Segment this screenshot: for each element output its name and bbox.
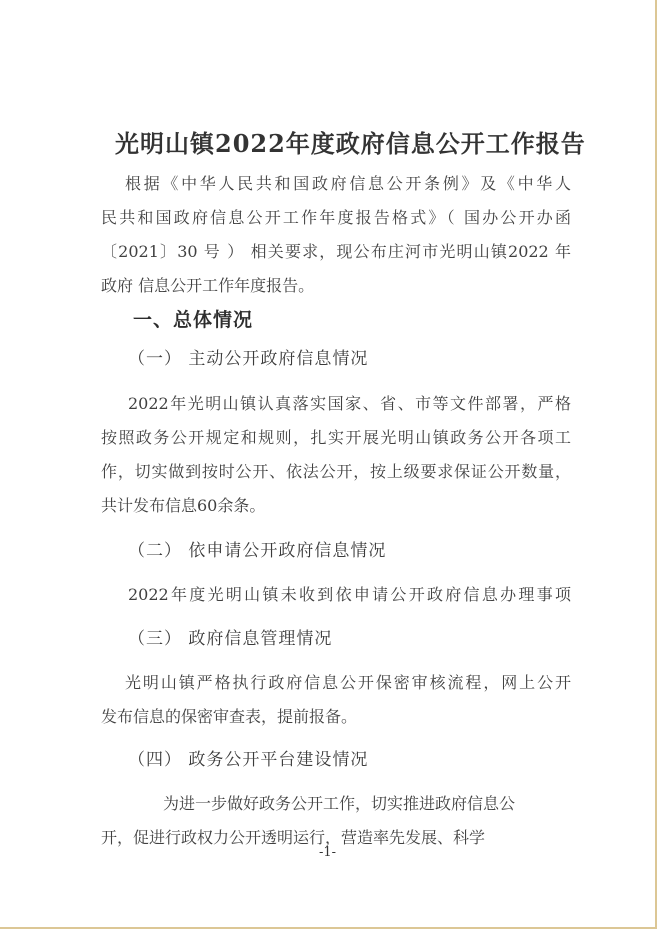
text-line: 2022年度光明山镇未收到依申请公开政府信息办理事项: [101, 578, 571, 612]
document-page: 光明山镇2022年度政府信息公开工作报告 根据《中华人民共和国政府信息公开条例》…: [0, 0, 657, 929]
text-line: 民共和国政府信息公开工作年度报告格式》（ 国办公开办函: [101, 201, 571, 235]
section-heading-overview: 一、总体情况: [101, 303, 571, 337]
text-line: 按照政务公开规定和规则，扎实开展光明山镇政务公开各项工: [101, 421, 571, 455]
text-line: 2022年光明山镇认真落实国家、省、市等文件部署，严格: [101, 387, 571, 421]
text-line: 发布信息的保密审查表，提前报备。: [101, 700, 571, 734]
document-content: 光明山镇2022年度政府信息公开工作报告 根据《中华人民共和国政府信息公开条例》…: [101, 0, 571, 855]
text-line: 光明山镇严格执行政府信息公开保密审核流程，网上公开: [101, 666, 571, 700]
text-line: 〔2021〕30 号 ） 相关要求，现公布庄河市光明山镇2022 年: [101, 235, 571, 269]
text-line: 作，切实做到按时公开、依法公开，按上级要求保证公开数量，: [101, 455, 571, 489]
paragraph-active-disclosure: 2022年光明山镇认真落实国家、省、市等文件部署，严格 按照政务公开规定和规则，…: [101, 387, 571, 523]
page-number: -1-: [0, 845, 655, 860]
subheading-platform-construction: （四） 政务公开平台建设情况: [101, 743, 571, 777]
text-line: 共计发布信息60余条。: [101, 489, 571, 523]
text-line: 政府 信息公开工作年度报告。: [101, 269, 571, 303]
paragraph-info-management: 光明山镇严格执行政府信息公开保密审核流程，网上公开 发布信息的保密审查表，提前报…: [101, 666, 571, 734]
text-line: 为进一步做好政务公开工作，切实推进政府信息公: [101, 787, 571, 821]
paragraph-on-request: 2022年度光明山镇未收到依申请公开政府信息办理事项: [101, 578, 571, 612]
subheading-on-request: （二） 依申请公开政府信息情况: [101, 534, 571, 568]
document-title: 光明山镇2022年度政府信息公开工作报告: [101, 125, 571, 163]
subheading-info-management: （三） 政府信息管理情况: [101, 622, 571, 656]
text-line: 根据《中华人民共和国政府信息公开条例》及《中华人: [101, 167, 571, 201]
subheading-active-disclosure: （一） 主动公开政府信息情况: [101, 342, 571, 376]
intro-paragraph: 根据《中华人民共和国政府信息公开条例》及《中华人 民共和国政府信息公开工作年度报…: [101, 167, 571, 303]
